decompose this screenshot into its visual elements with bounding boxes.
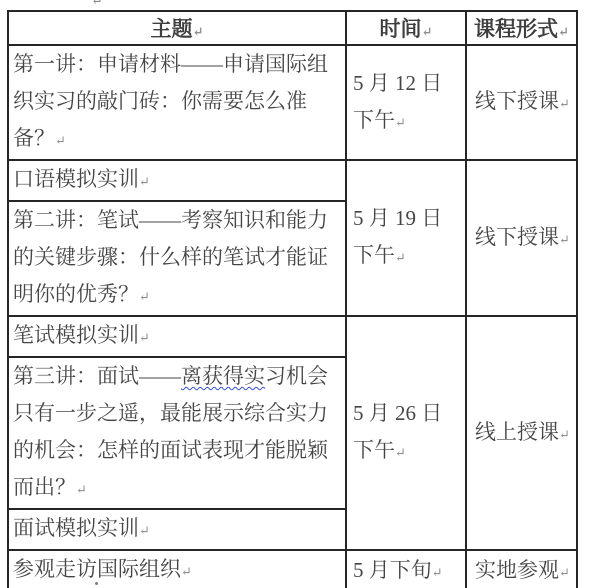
header-row: 主题↵ 时间↵ 课程形式↵ bbox=[8, 11, 577, 45]
paragraph-mark-icon: ↵ bbox=[76, 482, 87, 497]
paragraph-mark-icon: ↵ bbox=[559, 565, 570, 580]
time-cell-may12: 5 月 12 日 下午↵ bbox=[346, 45, 466, 160]
format-cell-offline1: 线下授课↵ bbox=[466, 45, 577, 160]
topic-cell-written-practice: 笔试模拟实训↵ bbox=[8, 316, 346, 357]
time-cell-may19: 5 月 19 日 下午↵ bbox=[346, 160, 466, 316]
header-format-label: 课程形式 bbox=[474, 17, 558, 41]
paragraph-mark-icon: ↵ bbox=[395, 445, 406, 460]
time-text: 5 月下旬 bbox=[353, 558, 432, 582]
paragraph-mark-icon: ↵ bbox=[395, 250, 406, 265]
paragraph-mark-icon: ↵ bbox=[559, 96, 570, 111]
paragraph-mark-icon: ↵ bbox=[139, 330, 150, 345]
paragraph-mark-icon: ↵ bbox=[139, 523, 150, 538]
topic-cell-interview-practice: 面试模拟实训↵ bbox=[8, 509, 346, 550]
stray-paragraph-mark-top: ↵ bbox=[91, 0, 103, 10]
header-topic-cell: 主题↵ bbox=[8, 11, 346, 45]
paragraph-mark-icon: ↵ bbox=[559, 427, 570, 442]
topic-cell-lecture3: 第三讲：面试——离获得实习机会 只有一步之遥，最能展示综合实力 的机会：怎样的面… bbox=[8, 357, 346, 509]
table-row-visit: 参观走访国际组织↵ 5 月下旬↵ 实地参观↵ bbox=[8, 550, 577, 588]
format-cell-offline2: 线下授课↵ bbox=[466, 160, 577, 316]
table-row-lecture1: 第一讲：申请材料——申请国际组 织实习的敲门砖：你需要怎么准 备？↵ 5 月 1… bbox=[8, 45, 577, 160]
header-time-cell: 时间↵ bbox=[346, 11, 466, 45]
paragraph-mark-icon: ↵ bbox=[559, 232, 570, 247]
paragraph-mark-icon: ↵ bbox=[55, 133, 66, 148]
topic-cell-lecture1: 第一讲：申请材料——申请国际组 织实习的敲门砖：你需要怎么准 备？↵ bbox=[8, 45, 346, 160]
course-schedule-table: 主题↵ 时间↵ 课程形式↵ 第一讲：申请材料——申请国际组 织实习的敲门砖：你需… bbox=[7, 10, 578, 588]
topic-cell-lecture2: 第二讲：笔试——考察知识和能力 的关键步骤：什么样的笔试才能证 明你的优秀？↵ bbox=[8, 201, 346, 316]
topic-text: 参观走访国际组织 bbox=[13, 557, 181, 581]
topic-text-before: 第三讲：面试—— bbox=[13, 364, 181, 388]
format-text: 实地参观 bbox=[475, 558, 559, 582]
format-text: 线上授课 bbox=[475, 420, 559, 444]
topic-cell-oral-practice: 口语模拟实训↵ bbox=[8, 160, 346, 201]
header-topic-label: 主题 bbox=[151, 17, 193, 41]
topic-text: 面试模拟实训 bbox=[13, 516, 139, 540]
paragraph-mark-icon: ↵ bbox=[193, 24, 204, 39]
table-row-written-practice: 笔试模拟实训↵ 5 月 26 日 下午↵ 线上授课↵ bbox=[8, 316, 577, 357]
topic-text: 笔试模拟实训 bbox=[13, 323, 139, 347]
topic-text: 第二讲：笔试——考察知识和能力 的关键步骤：什么样的笔试才能证 明你的优秀？ bbox=[13, 208, 328, 306]
paragraph-mark-icon: ↵ bbox=[395, 115, 406, 130]
header-format-cell: 课程形式↵ bbox=[466, 11, 577, 45]
paragraph-mark-icon: ↵ bbox=[139, 174, 150, 189]
stray-dot-bottom bbox=[95, 582, 98, 585]
paragraph-mark-icon: ↵ bbox=[139, 289, 150, 304]
paragraph-mark-icon: ↵ bbox=[181, 564, 192, 579]
format-cell-field-visit: 实地参观↵ bbox=[466, 550, 577, 588]
table-row-oral-practice: 口语模拟实训↵ 5 月 19 日 下午↵ 线下授课↵ bbox=[8, 160, 577, 201]
format-text: 线下授课 bbox=[475, 89, 559, 113]
time-cell-may26: 5 月 26 日 下午↵ bbox=[346, 316, 466, 550]
header-time-label: 时间 bbox=[380, 17, 422, 41]
time-cell-late-may: 5 月下旬↵ bbox=[346, 550, 466, 588]
paragraph-mark-icon: ↵ bbox=[558, 24, 569, 39]
paragraph-mark-icon: ↵ bbox=[422, 24, 433, 39]
format-text: 线下授课 bbox=[475, 225, 559, 249]
format-cell-online: 线上授课↵ bbox=[466, 316, 577, 550]
topic-cell-visit: 参观走访国际组织↵ bbox=[8, 550, 346, 588]
grammar-flagged-text: 离获得实 bbox=[181, 364, 265, 388]
paragraph-mark-icon: ↵ bbox=[432, 565, 443, 580]
topic-text: 口语模拟实训 bbox=[13, 167, 139, 191]
